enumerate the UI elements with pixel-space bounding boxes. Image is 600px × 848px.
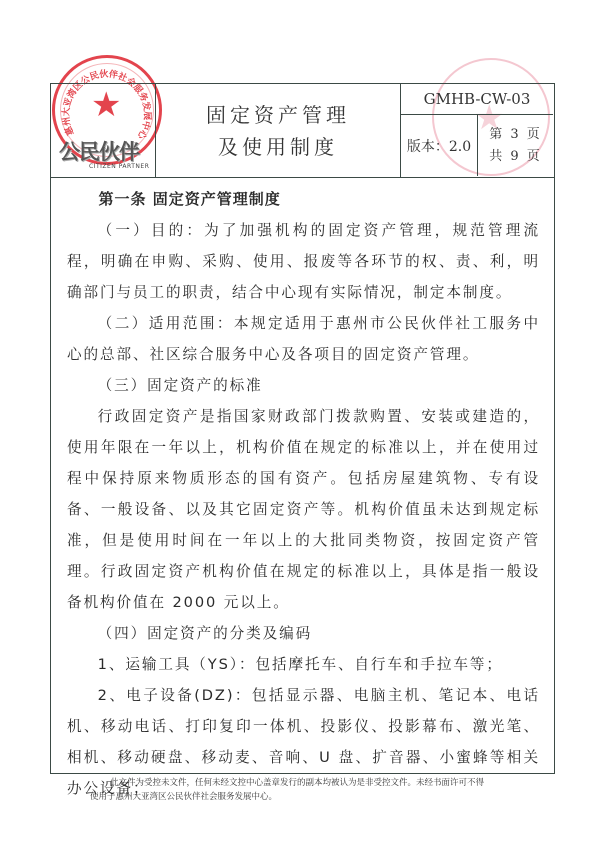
paragraph-standard-definition: 行政固定资产是指国家财政部门拨款购置、安装或建造的，使用年限在一年以上，机构价值… — [67, 401, 540, 618]
document-footer: 此文件为受控未文件，任何未经文控中心盖章发行的副本均被认为是非受控文件。未经书面… — [90, 776, 530, 804]
logo-cell: 公民伙伴 CITIZEN PARTNER — [51, 84, 156, 177]
list-item-transport: 1、运输工具（YS）：包括摩托车、自行车和手拉车等； — [67, 649, 540, 680]
total-pages: 共 9 页 — [489, 146, 542, 168]
document-code: GMHB-CW-03 — [401, 84, 553, 115]
current-page: 第 3 页 — [489, 124, 542, 146]
page-number-cell: 第 3 页 共 9 页 — [478, 115, 553, 176]
document-title-line2: 及使用制度 — [218, 131, 338, 163]
paragraph-scope: （二）适用范围：本规定适用于惠州市公民伙伴社工服务中心的总部、社区综合服务中心及… — [67, 308, 540, 370]
paragraph-purpose: （一）目的：为了加强机构的固定资产管理，规范管理流程，明确在申购、采购、使用、报… — [67, 215, 540, 308]
document-body: 第一条 固定资产管理制度 （一）目的：为了加强机构的固定资产管理，规范管理流程，… — [50, 177, 555, 774]
section-heading-classification: （四）固定资产的分类及编码 — [67, 618, 540, 649]
document-header-table: 公民伙伴 CITIZEN PARTNER 固定资产管理 及使用制度 GMHB-C… — [50, 83, 555, 178]
document-title-cell: 固定资产管理 及使用制度 — [156, 84, 401, 177]
organization-logo: 公民伙伴 — [59, 136, 139, 166]
article-title: 第一条 固定资产管理制度 — [67, 184, 540, 215]
footer-line2: 使用于惠州大亚湾区公民伙伴社会服务发展中心。 — [90, 790, 530, 804]
document-version: 版本：2.0 — [401, 115, 478, 176]
section-heading-standard: （三）固定资产的标准 — [67, 370, 540, 401]
footer-line1: 此文件为受控未文件，任何未经文控中心盖章发行的副本均被认为是非受控文件。未经书面… — [90, 776, 530, 790]
organization-logo-subtitle: CITIZEN PARTNER — [89, 163, 149, 170]
document-title-line1: 固定资产管理 — [206, 99, 350, 131]
